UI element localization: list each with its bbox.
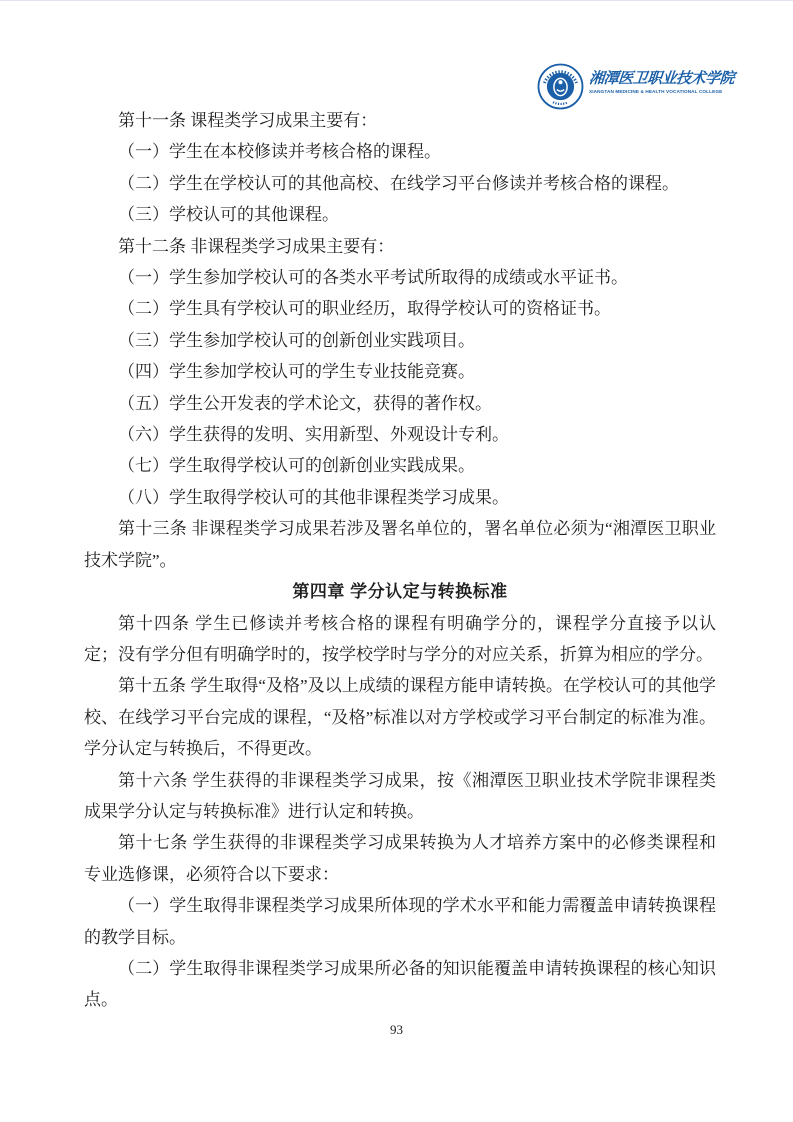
paragraph: （四）学生参加学校认可的学生专业技能竞赛。 <box>84 356 716 387</box>
paragraph: （六）学生获得的发明、实用新型、外观设计专利。 <box>84 419 716 450</box>
document-body: 第十一条 课程类学习成果主要有：（一）学生在本校修读并考核合格的课程。（二）学生… <box>84 105 716 1016</box>
paragraph: （一）学生取得非课程类学习成果所体现的学术水平和能力需覆盖申请转换课程的教学目标… <box>84 890 716 953</box>
college-name-english: XIANGTAN MEDICINE & HEALTH VOCATIONAL CO… <box>589 89 722 94</box>
paragraph: （一）学生参加学校认可的各类水平考试所取得的成绩或水平证书。 <box>84 262 716 293</box>
paragraph: （三）学校认可的其他课程。 <box>84 199 716 230</box>
paragraph: （五）学生公开发表的学术论文，获得的著作权。 <box>84 388 716 419</box>
paragraph: （二）学生具有学校认可的职业经历，取得学校认可的资格证书。 <box>84 293 716 324</box>
paragraph: 第十六条 学生获得的非课程类学习成果，按《湘潭医卫职业技术学院非课程类成果学分认… <box>84 765 716 828</box>
college-name-block: 湘潭医卫职业技术学院 XIANGTAN MEDICINE & HEALTH VO… <box>589 63 793 99</box>
paragraph: 第十五条 学生取得“及格”及以上成绩的课程方能申请转换。在学校认可的其他学校、在… <box>84 670 716 764</box>
paragraph: 第十三条 非课程类学习成果若涉及署名单位的，署名单位必须为“湘潭医卫职业技术学院… <box>84 513 716 576</box>
paragraph: （二）学生取得非课程类学习成果所必备的知识能覆盖申请转换课程的核心知识点。 <box>84 953 716 1016</box>
paragraph: （二）学生在学校认可的其他高校、在线学习平台修读并考核合格的课程。 <box>84 168 716 199</box>
paragraph: （三）学生参加学校认可的创新创业实践项目。 <box>84 325 716 356</box>
chapter-heading: 第四章 学分认定与转换标准 <box>84 576 716 607</box>
college-logo: 湘潭医卫职业技术学院 XIANGTAN MEDICINE & HEALTH VO… <box>537 63 793 110</box>
paragraph: 第十七条 学生获得的非课程类学习成果转换为人才培养方案中的必修类课程和专业选修课… <box>84 827 716 890</box>
page-top-rule <box>0 0 793 1</box>
paragraph: 第十四条 学生已修读并考核合格的课程有明确学分的，课程学分直接予以认定；没有学分… <box>84 608 716 671</box>
college-emblem-icon <box>537 63 584 110</box>
paragraph: （七）学生取得学校认可的创新创业实践成果。 <box>84 450 716 481</box>
paragraph: 第十二条 非课程类学习成果主要有： <box>84 231 716 262</box>
paragraph: （八）学生取得学校认可的其他非课程类学习成果。 <box>84 482 716 513</box>
page-number: 93 <box>0 1022 793 1038</box>
paragraph: 第十一条 课程类学习成果主要有： <box>84 105 716 136</box>
college-name-chinese: 湘潭医卫职业技术学院 <box>588 71 793 88</box>
document-page: 湘潭医卫职业技术学院 XIANGTAN MEDICINE & HEALTH VO… <box>0 0 793 1122</box>
paragraph: （一）学生在本校修读并考核合格的课程。 <box>84 136 716 167</box>
